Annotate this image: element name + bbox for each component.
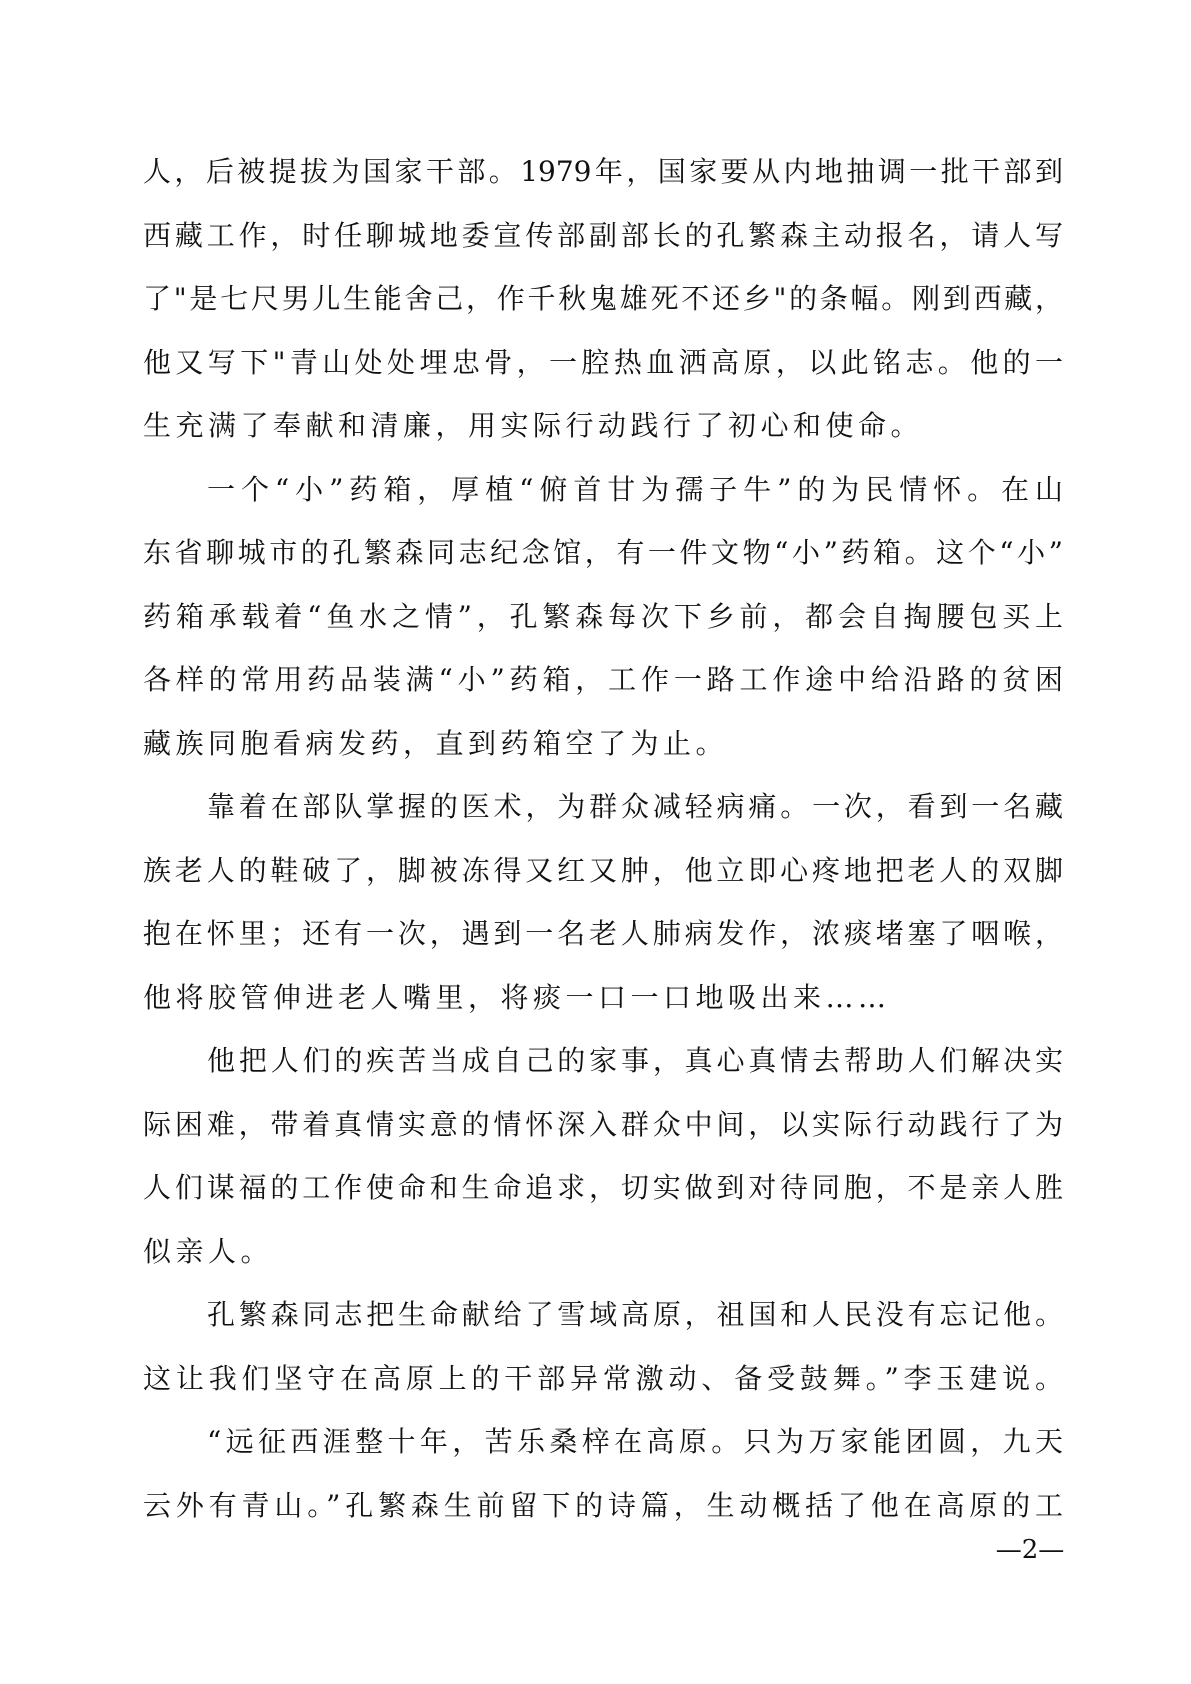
text-line: 了"是七尺男儿生能舍己，作千秋鬼雄死不还乡"的条幅。刚到西藏， <box>143 274 1063 338</box>
text-line: 际困难，带着真情实意的情怀深入群众中间，以实际行动践行了为 <box>143 1100 1063 1164</box>
paragraph-first-line: 孔繁森同志把生命献给了雪域高原，祖国和人民没有忘记他。 <box>143 1290 1063 1354</box>
text-line: 他又写下"青山处处埋忠骨，一腔热血洒高原，以此铭志。他的一 <box>143 338 1063 402</box>
text-line: 他将胶管伸进老人嘴里，将痰一口一口地吸出来…… <box>143 973 1063 1037</box>
text-line: 人，后被提拔为国家干部。1979年，国家要从内地抽调一批干部到 <box>143 147 1063 211</box>
page-number: —2— <box>990 1532 1070 1568</box>
text-line: 云外有青山。”孔繁森生前留下的诗篇，生动概括了他在高原的工 <box>143 1481 1063 1545</box>
paragraph-first-line: 靠着在部队掌握的医术，为群众减轻病痛。一次，看到一名藏 <box>143 782 1063 846</box>
paragraph-first-line: “远征西涯整十年，苦乐桑梓在高原。只为万家能团圆，九天 <box>143 1417 1063 1481</box>
text-line: 族老人的鞋破了，脚被冻得又红又肿，他立即心疼地把老人的双脚 <box>143 846 1063 910</box>
text-line: 生充满了奉献和清廉，用实际行动践行了初心和使命。 <box>143 401 1063 465</box>
text-line: 西藏工作，时任聊城地委宣传部副部长的孔繁森主动报名，请人写 <box>143 211 1063 275</box>
paragraph-first-line: 一个“小”药箱，厚植“俯首甘为孺子牛”的为民情怀。在山 <box>143 465 1063 529</box>
text-line: 各样的常用药品装满“小”药箱，工作一路工作途中给沿路的贫困 <box>143 655 1063 719</box>
text-line: 药箱承载着“鱼水之情”，孔繁森每次下乡前，都会自掏腰包买上 <box>143 592 1063 656</box>
document-body: 人，后被提拔为国家干部。1979年，国家要从内地抽调一批干部到西藏工作，时任聊城… <box>143 147 1063 1544</box>
text-line: 人们谋福的工作使命和生命追求，切实做到对待同胞，不是亲人胜 <box>143 1163 1063 1227</box>
text-line: 似亲人。 <box>143 1227 1063 1291</box>
text-line: 抱在怀里；还有一次，遇到一名老人肺病发作，浓痰堵塞了咽喉， <box>143 909 1063 973</box>
text-line: 藏族同胞看病发药，直到药箱空了为止。 <box>143 719 1063 783</box>
text-line: 这让我们坚守在高原上的干部异常激动、备受鼓舞。”李玉建说。 <box>143 1354 1063 1418</box>
paragraph-first-line: 他把人们的疾苦当成自己的家事，真心真情去帮助人们解决实 <box>143 1036 1063 1100</box>
text-line: 东省聊城市的孔繁森同志纪念馆，有一件文物“小”药箱。这个“小” <box>143 528 1063 592</box>
